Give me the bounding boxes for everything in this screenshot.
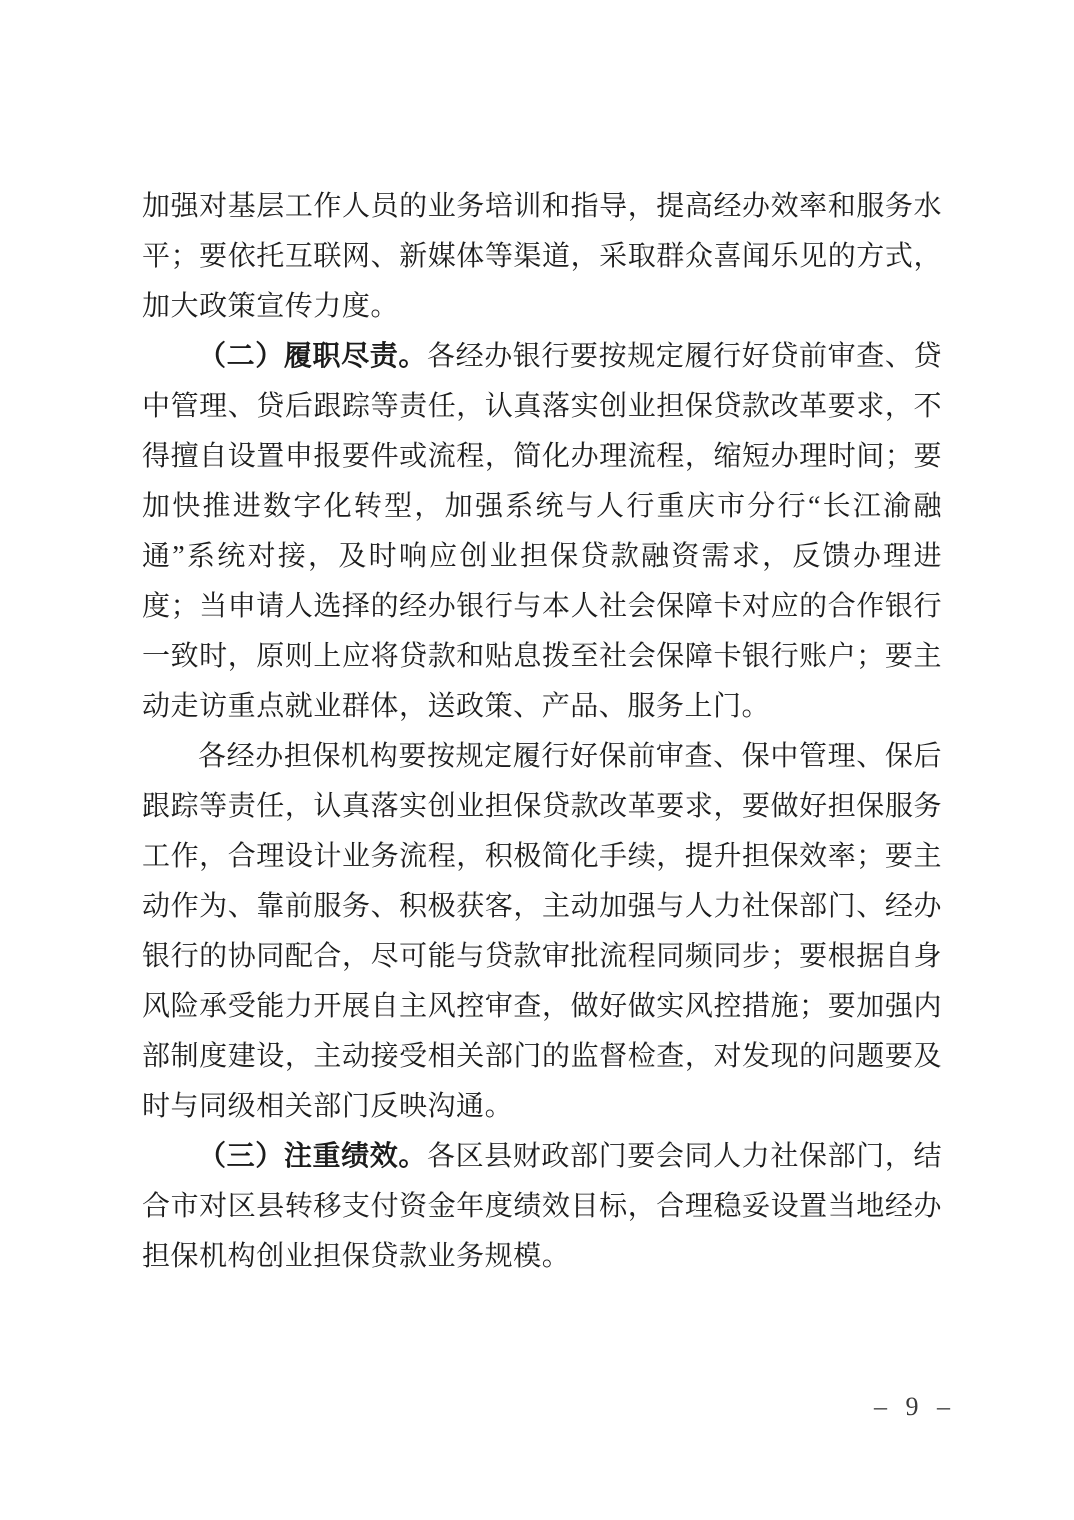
- paragraph: 各经办担保机构要按规定履行好保前审查、保中管理、保后跟踪等责任，认真落实创业担保…: [142, 732, 942, 1132]
- page-background: 加强对基层工作人员的业务培训和指导，提高经办效率和服务水平；要依托互联网、新媒体…: [0, 0, 1074, 1520]
- section-heading: （二）履职尽责。: [198, 341, 427, 372]
- page-number: – 9 –: [874, 1392, 956, 1421]
- page-footer: – 9 –: [860, 1392, 970, 1422]
- document-page: { "document": { "paragraphs": [ { "inden…: [0, 0, 1074, 1520]
- document-text-block: 加强对基层工作人员的业务培训和指导，提高经办效率和服务水平；要依托互联网、新媒体…: [142, 182, 942, 1282]
- section-heading: （三）注重绩效。: [198, 1141, 427, 1172]
- paragraph: （三）注重绩效。各区县财政部门要会同人力社保部门，结合市对区县转移支付资金年度绩…: [142, 1132, 942, 1282]
- paragraph: （二）履职尽责。各经办银行要按规定履行好贷前审查、贷中管理、贷后跟踪等责任，认真…: [142, 332, 942, 732]
- paragraph: 加强对基层工作人员的业务培训和指导，提高经办效率和服务水平；要依托互联网、新媒体…: [142, 182, 942, 332]
